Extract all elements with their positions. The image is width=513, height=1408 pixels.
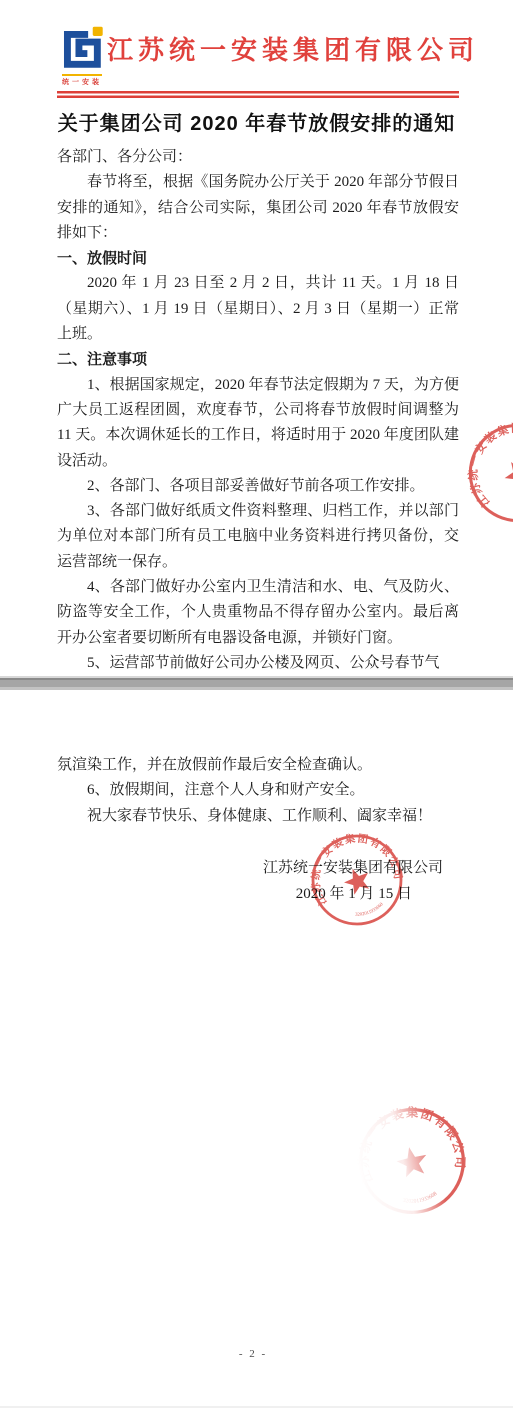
closing-wish: 祝大家春节快乐、身体健康、工作顺利、阖家幸福！	[57, 804, 459, 829]
company-logo-icon	[59, 26, 105, 72]
notice-item-6: 6、放假期间，注意个人人身和财产安全。	[57, 778, 459, 803]
svg-text:3202011933668: 3202011933668	[401, 1190, 439, 1207]
page-2-body: 氛渲染工作，并在放假前作最后安全检查确认。 6、放假期间，注意个人人身和财产安全…	[0, 690, 513, 908]
section-2-heading: 二、注意事项	[57, 347, 459, 372]
page-number: - 2 -	[0, 1348, 506, 1360]
seal-serial: 3202011933668	[401, 1190, 439, 1207]
letterhead: 统一安装 江苏统一安装集团有限公司	[0, 0, 513, 87]
seal-star	[499, 455, 513, 493]
scanned-notice-document: 统一安装 江苏统一安装集团有限公司 关于集团公司 2020 年春节放假安排的通知…	[0, 0, 513, 1408]
intro-paragraph: 春节将至，根据《国务院办公厅关于 2020 年部分节假日安排的通知》，结合公司实…	[57, 170, 459, 246]
partial-seal-page-2: 江苏统一安装集团有限公司 3202011933668	[346, 1095, 479, 1228]
section-1-body: 2020 年 1 月 23 日至 2 月 2 日，共计 11 天。1 月 18 …	[57, 271, 459, 347]
seal-star	[394, 1144, 430, 1178]
page-2: 氛渲染工作，并在放假前作最后安全检查确认。 6、放假期间，注意个人人身和财产安全…	[0, 690, 513, 1408]
page-1: 统一安装 江苏统一安装集团有限公司 关于集团公司 2020 年春节放假安排的通知…	[0, 0, 513, 676]
salutation: 各部门、各分公司：	[57, 145, 459, 170]
company-name: 江苏统一安装集团有限公司	[107, 36, 479, 66]
page-1-body: 各部门、各分公司： 春节将至，根据《国务院办公厅关于 2020 年部分节假日安排…	[0, 145, 513, 676]
notice-item-5-continued: 氛渲染工作，并在放假前作最后安全检查确认。	[57, 753, 459, 778]
company-logo: 统一安装	[57, 26, 107, 87]
logo-caption: 统一安装	[62, 74, 102, 87]
page-separator-band	[0, 676, 513, 690]
notice-item-5-part: 5、运营部节前做好公司办公楼及网页、公众号春节气	[57, 651, 459, 676]
seal-star	[340, 864, 373, 897]
document-title: 关于集团公司 2020 年春节放假安排的通知	[0, 107, 513, 136]
notice-item-2: 2、各部门、各项目部妥善做好节前各项工作安排。	[57, 474, 459, 499]
notice-item-1: 1、根据国家规定，2020 年春节法定假期为 7 天，为方便广大员工返程团圆，欢…	[57, 373, 459, 474]
section-1-heading: 一、放假时间	[57, 246, 459, 271]
notice-item-3: 3、各部门做好纸质文件资料整理、归档工作，并以部门为单位对本部门所有员工电脑中业…	[57, 499, 459, 575]
red-double-rule	[57, 91, 459, 98]
notice-item-4: 4、各部门做好办公室内卫生清洁和水、电、气及防火、防盗等安全工作，个人贵重物品不…	[57, 575, 459, 651]
logo-yellow-square	[93, 27, 103, 36]
